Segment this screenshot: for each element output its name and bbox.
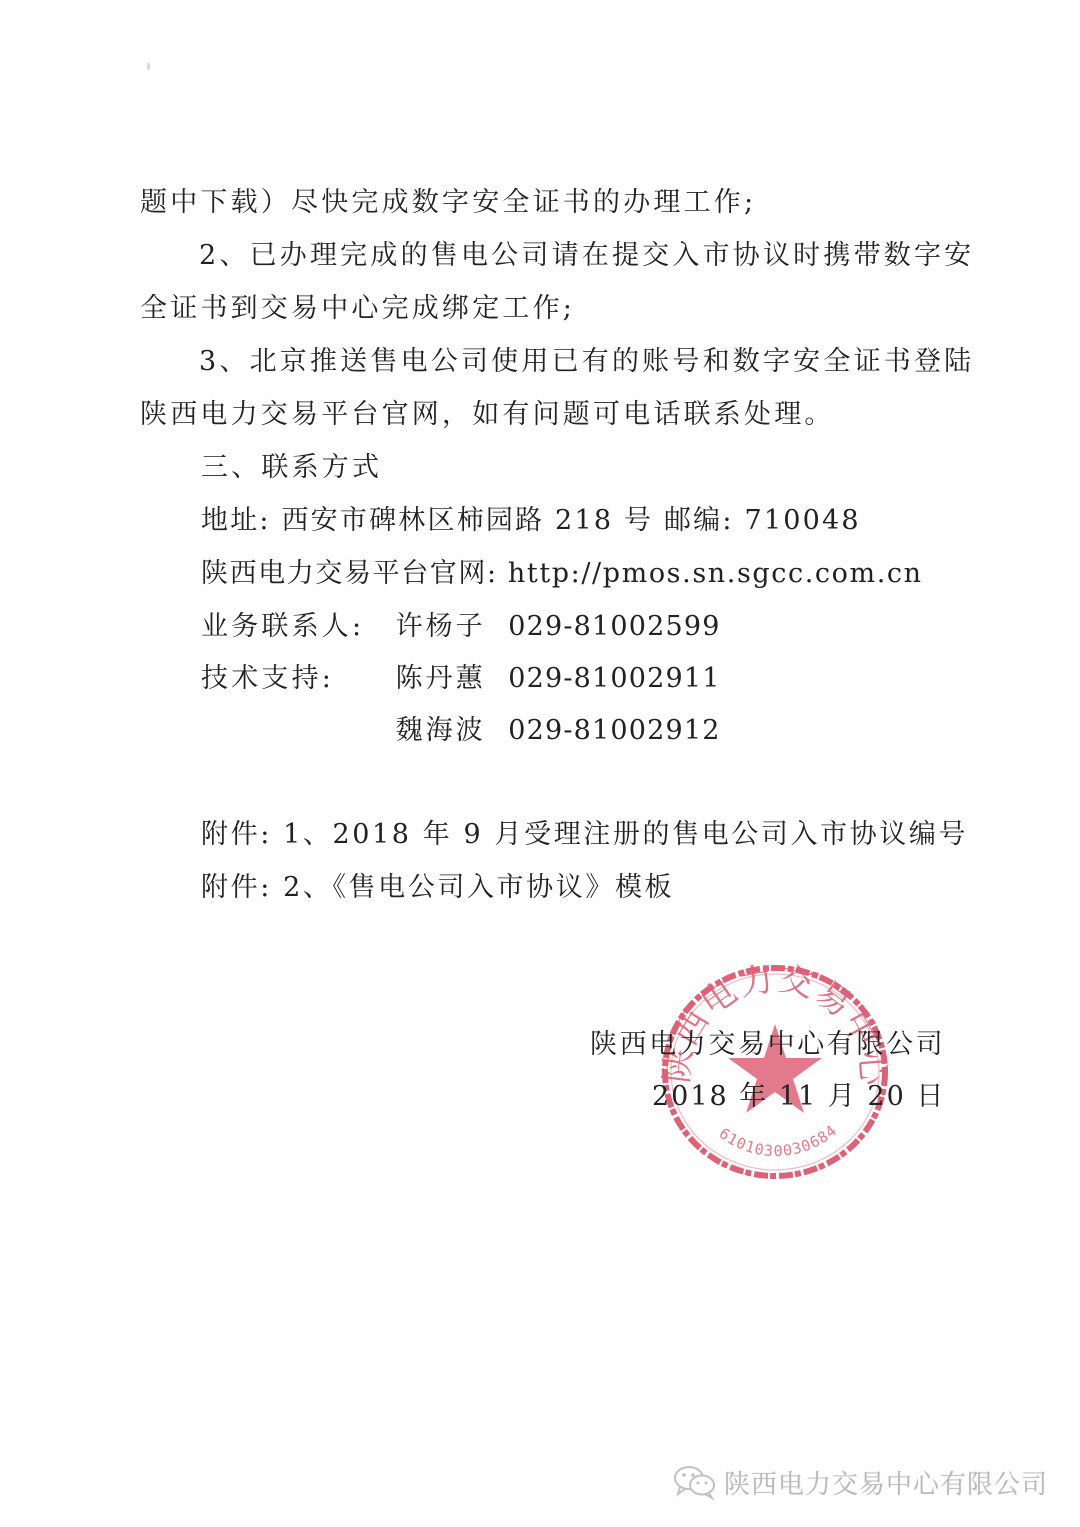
tech-support-phone-2: 029-81002912 [508, 714, 720, 748]
scan-speck [147, 63, 150, 70]
tech-support-name-1: 陈丹蕙 [396, 662, 486, 696]
business-contact-label: 业务联系人: [201, 610, 387, 644]
wechat-icon [672, 1464, 718, 1500]
tech-support-label: 技术支持: [201, 662, 387, 696]
contact-website: 陕西电力交易平台官网: http://pmos.sn.sgcc.com.cn [201, 557, 923, 591]
section-heading-contact: 三、联系方式 [201, 451, 382, 485]
tech-support-row-1: 技术支持: 陈丹蕙 029-81002911 [201, 662, 721, 696]
signature-organization: 陕西电力交易中心有限公司 [590, 1028, 945, 1062]
paragraph-2-line-1: 2、已办理完成的售电公司请在提交入市协议时携带数字安 [199, 239, 974, 273]
paragraph-2-line-2: 全证书到交易中心完成绑定工作; [140, 292, 575, 326]
attachment-1: 附件: 1、2018 年 9 月受理注册的售电公司入市协议编号 [201, 818, 968, 852]
paragraph-1-line-1: 题中下载）尽快完成数字安全证书的办理工作; [140, 186, 756, 220]
document-page: 题中下载）尽快完成数字安全证书的办理工作; 2、已办理完成的售电公司请在提交入市… [0, 0, 1080, 1527]
tech-support-name-2: 魏海波 [396, 714, 486, 748]
official-seal-icon: 陕西电力交易中心有限公司 6101030030684 [652, 962, 898, 1180]
svg-text:6101030030684: 6101030030684 [716, 1121, 841, 1160]
signature-date: 2018 年 11 月 20 日 [652, 1080, 945, 1114]
business-contact-row: 业务联系人: 许杨子 029-81002599 [201, 610, 721, 644]
business-contact-name: 许杨子 [396, 610, 486, 644]
tech-support-phone-1: 029-81002911 [508, 662, 720, 696]
paragraph-3-line-1: 3、北京推送售电公司使用已有的账号和数字安全证书登陆 [199, 345, 974, 379]
contact-address: 地址: 西安市碑林区柿园路 218 号 邮编: 710048 [201, 504, 861, 538]
paragraph-3-line-2: 陕西电力交易平台官网，如有问题可电话联系处理。 [140, 398, 835, 432]
watermark-text: 陕西电力交易中心有限公司 [724, 1464, 1048, 1501]
wechat-watermark: 陕西电力交易中心有限公司 [672, 1462, 1048, 1502]
business-contact-phone: 029-81002599 [508, 610, 720, 644]
attachment-2: 附件: 2、《售电公司入市协议》模板 [201, 871, 674, 905]
tech-support-row-2: 魏海波 029-81002912 [201, 714, 721, 748]
